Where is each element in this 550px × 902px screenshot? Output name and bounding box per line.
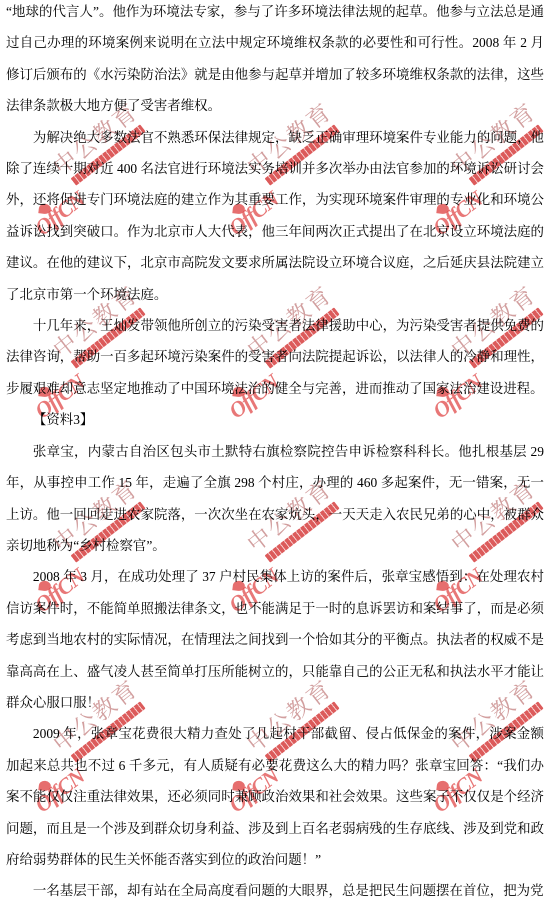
paragraph: 2008 年 3 月，在成功处理了 37 户村民集体上访的案件后，张章宝感悟到：…: [6, 561, 544, 718]
paragraph: 一名基层干部，却有站在全局高度看问题的大眼界，总是把民生问题摆在首位，把为党: [6, 875, 544, 902]
paragraph: 2009 年，张章宝花费很大精力查处了几起村干部截留、侵占低保金的案件，涉案金额…: [6, 718, 544, 875]
paragraph: “地球的代言人”。他作为环境法专家，参与了许多环境法律法规的起草。他参与立法总是…: [6, 0, 544, 122]
paragraph: 为解决绝大多数法官不熟悉环保法律规定，缺乏正确审理环境案件专业能力的问题，他除了…: [6, 122, 544, 310]
paragraph: 十几年来，王灿发带领他所创立的污染受害者法律援助中心，为污染受害者提供免费的法律…: [6, 310, 544, 404]
document-body: “地球的代言人”。他作为环境法专家，参与了许多环境法律法规的起草。他参与立法总是…: [6, 0, 544, 902]
document-page: { "page": { "background_color": "#ffffff…: [0, 0, 550, 902]
paragraph: 张章宝，内蒙古自治区包头市土默特右旗检察院控告申诉检察科科长。他扎根基层 29 …: [6, 436, 544, 562]
section-heading-ziliao-3: 【资料3】: [6, 404, 544, 435]
